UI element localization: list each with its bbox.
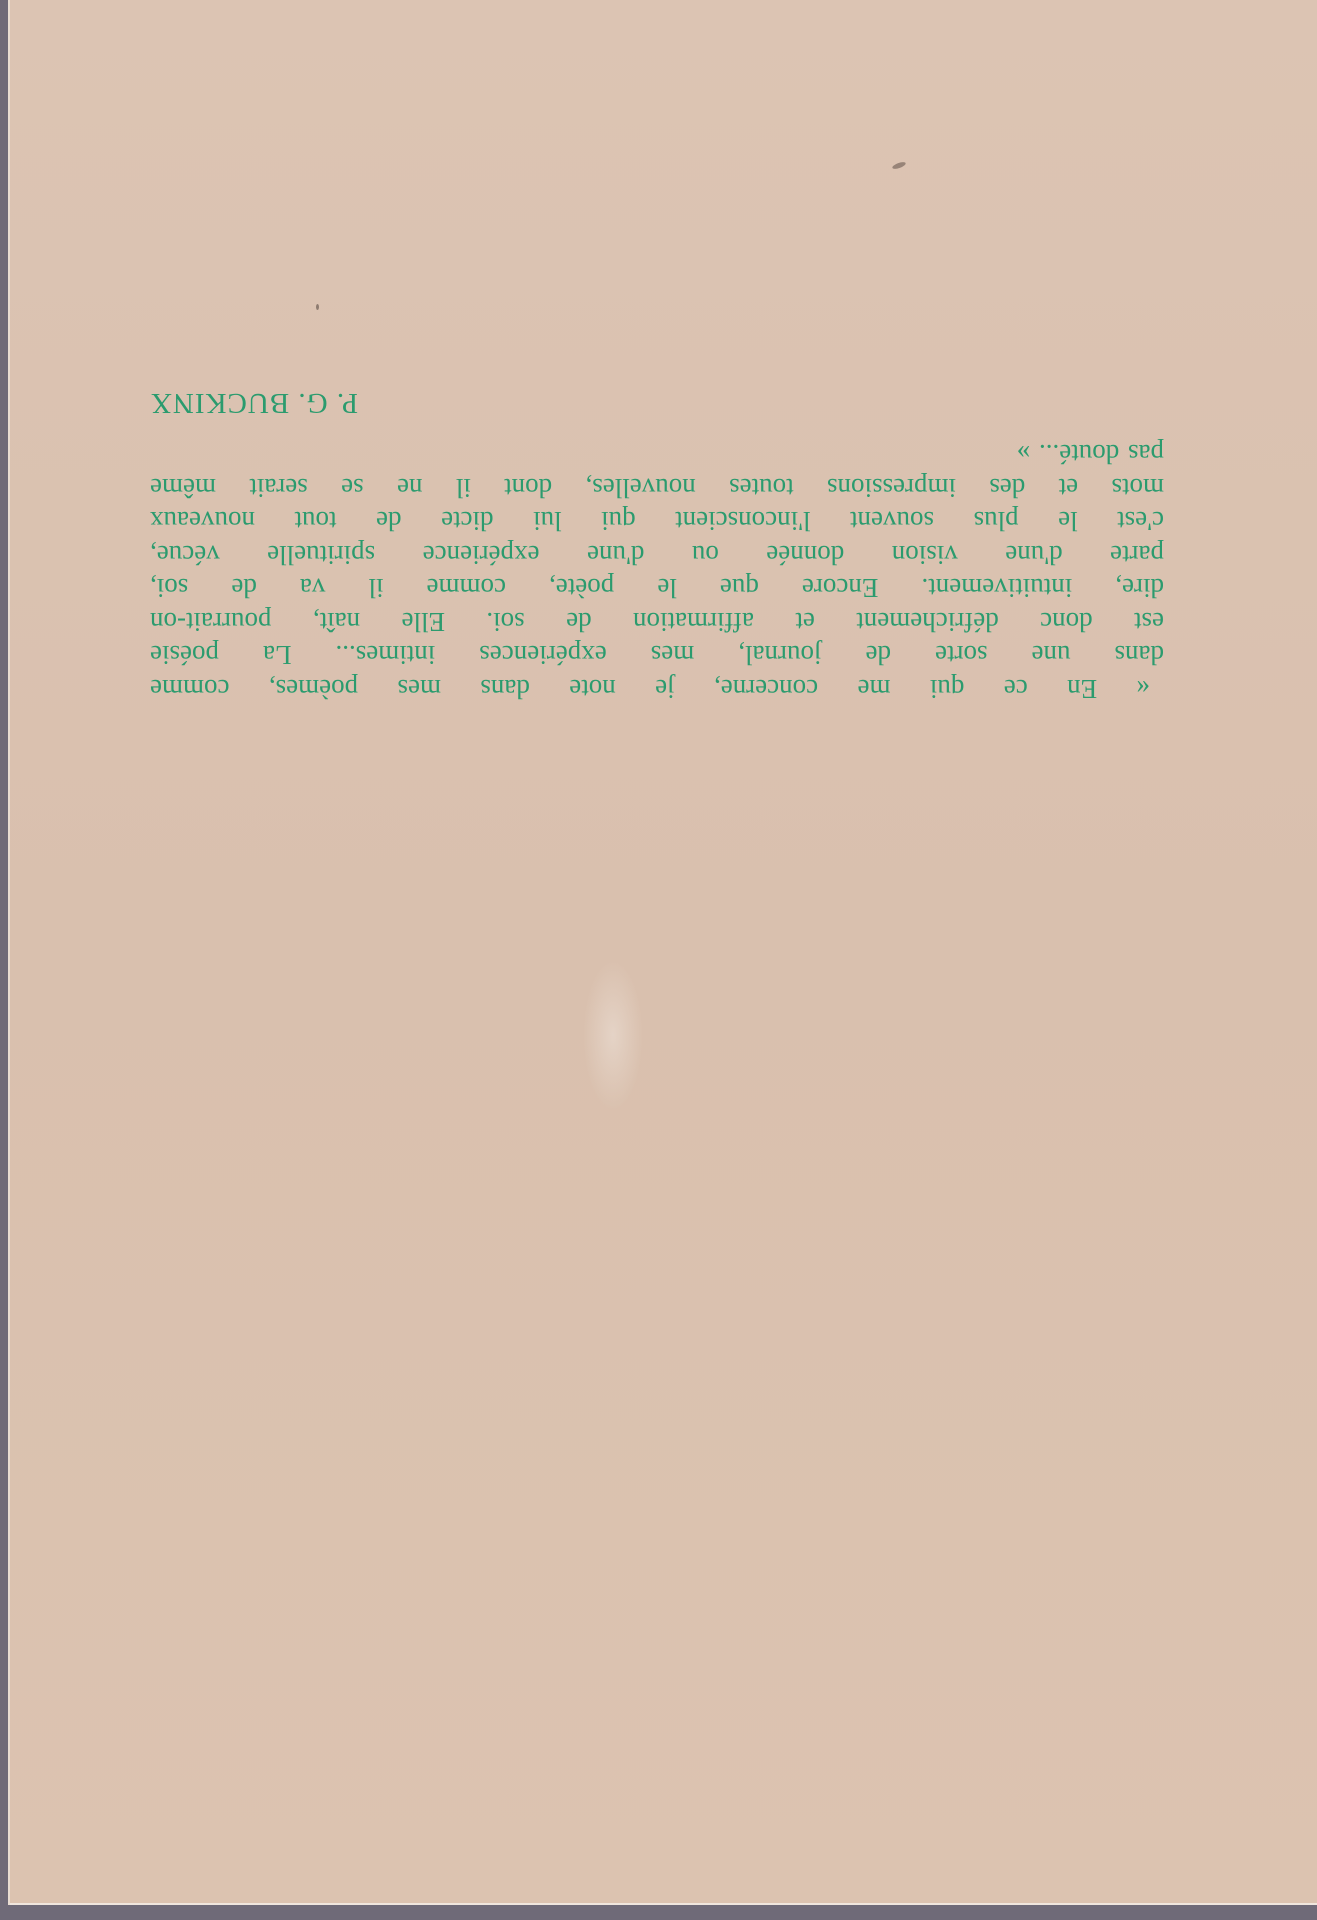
author-name: P. G. BUCKINX [150, 386, 358, 420]
author-signature: P. G. BUCKINX [150, 386, 1164, 420]
paper-speck [316, 304, 319, 310]
quote-line: mots et des impressions toutes nouvelles… [150, 471, 1164, 505]
paper-smudge [583, 960, 643, 1110]
quote-block: « En ce qui me concerne, je note dans me… [150, 355, 1164, 705]
paper-speck [892, 161, 907, 170]
quote-line: parte d'une vision donnée ou d'une expér… [150, 538, 1164, 572]
quote-line: dans une sorte de journal, mes expérienc… [150, 638, 1164, 672]
quote-line: dire, intuitivement. Encore que le poète… [150, 571, 1164, 605]
quote-line: pas douté... » [150, 437, 1164, 471]
book-back-cover [8, 0, 1317, 1905]
quote-line: est donc défrichement et affirmation de … [150, 605, 1164, 639]
quote-line: « En ce qui me concerne, je note dans me… [150, 672, 1164, 706]
quote-line: c'est le plus souvent l'inconscient qui … [150, 504, 1164, 538]
